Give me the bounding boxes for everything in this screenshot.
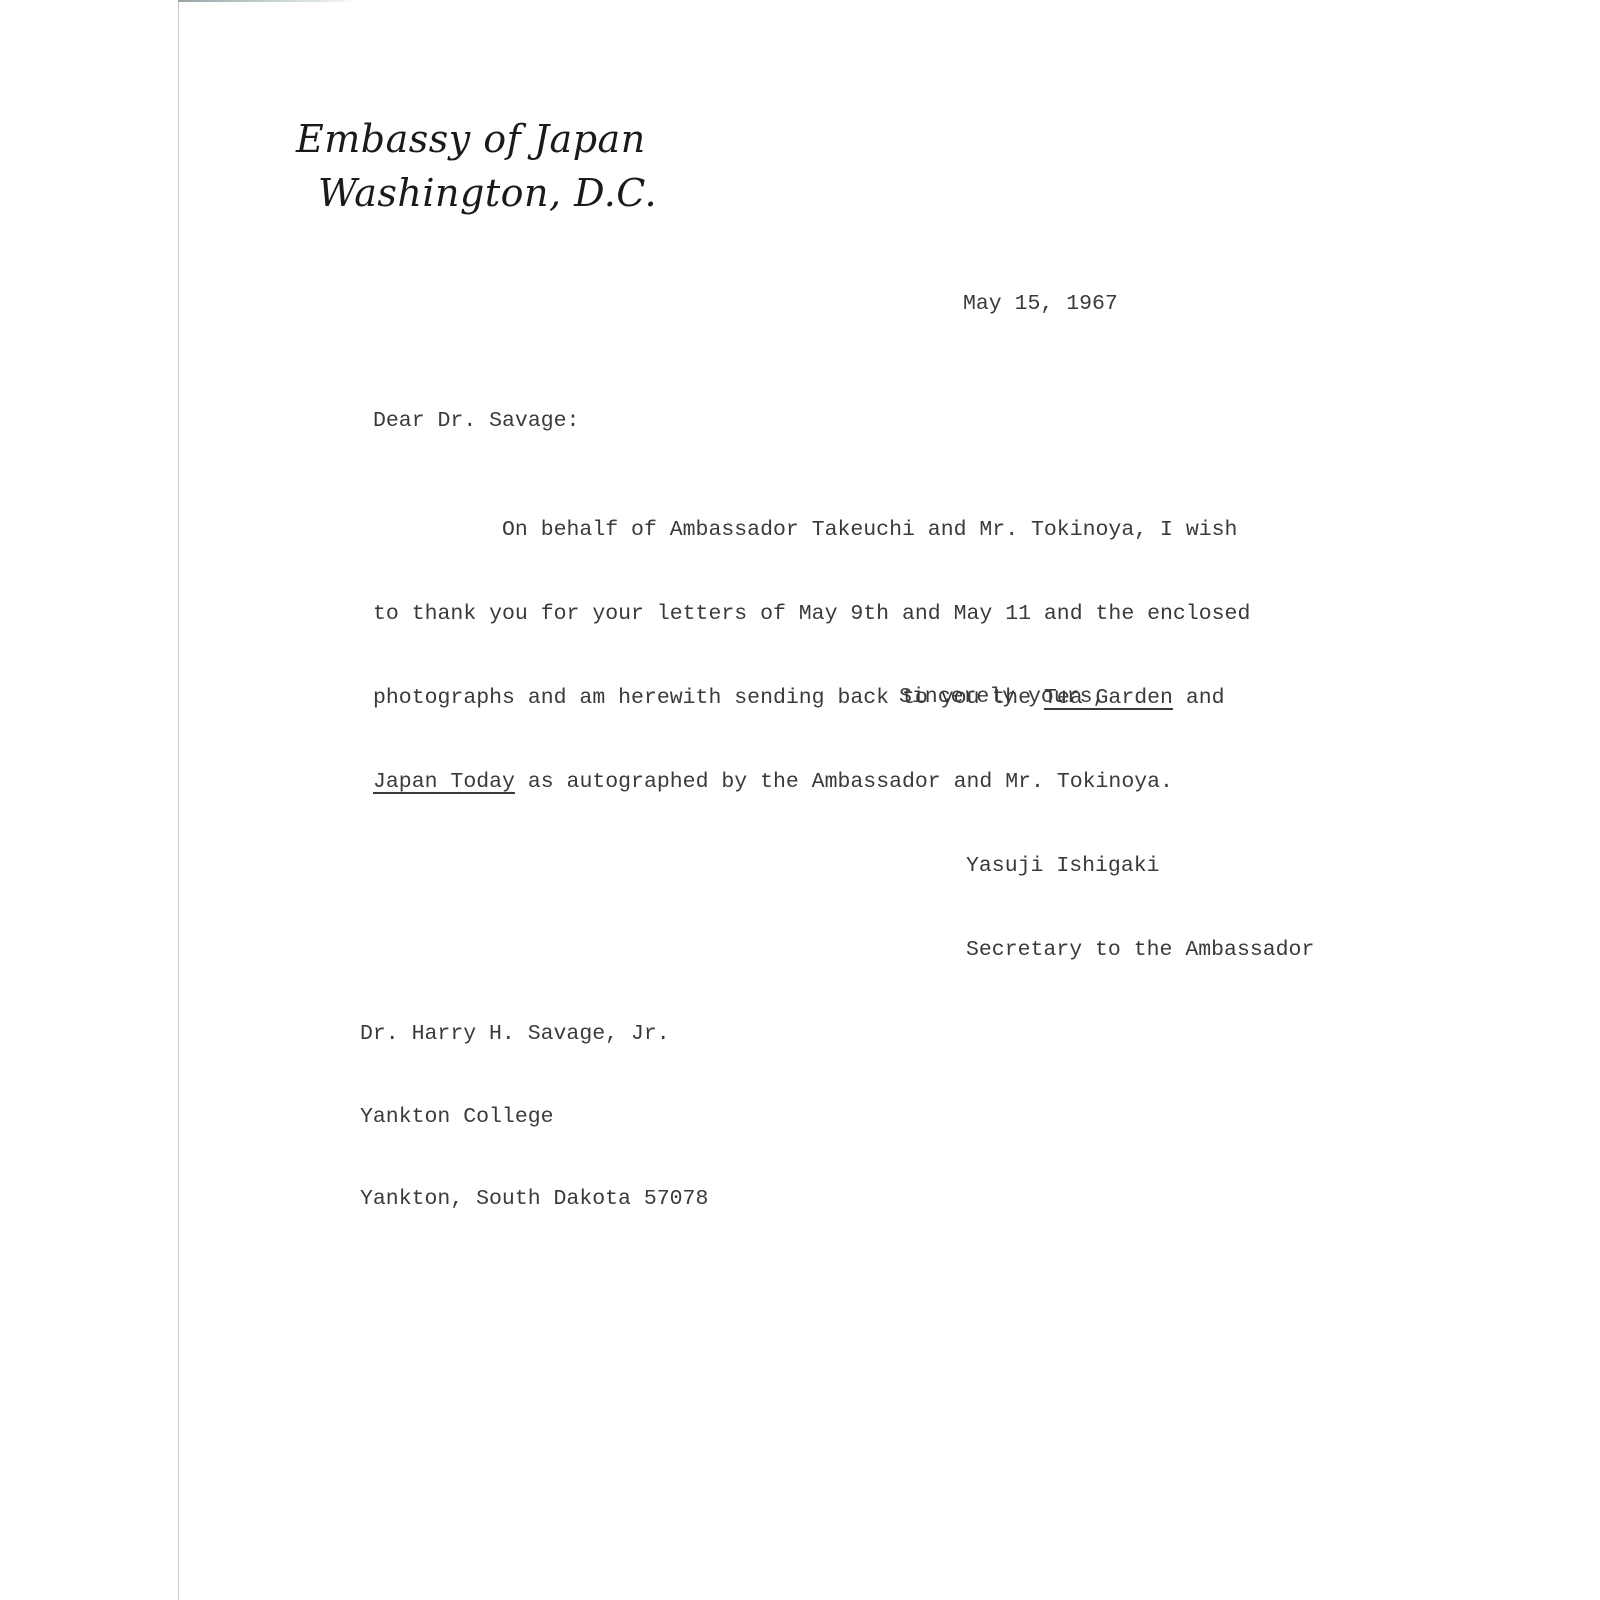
body-text: as autographed by the Ambassador and Mr.…: [515, 770, 1173, 794]
recipient-name: Dr. Harry H. Savage, Jr.: [360, 1021, 708, 1049]
signature-block: Yasuji Ishigaki Secretary to the Ambassa…: [966, 796, 1314, 992]
recipient-city: Yankton, South Dakota 57078: [360, 1186, 708, 1214]
book-title-japan-today: Japan Today: [373, 770, 515, 794]
body-line-4: Japan Today as autographed by the Ambass…: [373, 768, 1250, 796]
recipient-address: Dr. Harry H. Savage, Jr. Yankton College…: [360, 966, 708, 1241]
body-line-1: On behalf of Ambassador Takeuchi and Mr.…: [373, 516, 1250, 544]
closing: Sincerely yours,: [899, 685, 1105, 709]
recipient-institution: Yankton College: [360, 1104, 708, 1132]
letterhead-line-1: Embassy of Japan: [296, 112, 657, 166]
page-edge: [178, 0, 358, 2]
letterhead: Embassy of Japan Washington, D.C.: [296, 112, 657, 220]
signer-title: Secretary to the Ambassador: [966, 936, 1314, 964]
letter-date: May 15, 1967: [963, 292, 1118, 316]
body-line-2: to thank you for your letters of May 9th…: [373, 600, 1250, 628]
body-line-3: photographs and am herewith sending back…: [373, 684, 1250, 712]
signer-name: Yasuji Ishigaki: [966, 852, 1314, 880]
letter-body: On behalf of Ambassador Takeuchi and Mr.…: [373, 460, 1250, 824]
body-text: and: [1173, 686, 1225, 710]
salutation: Dear Dr. Savage:: [373, 409, 579, 433]
letterhead-line-2: Washington, D.C.: [296, 166, 657, 220]
